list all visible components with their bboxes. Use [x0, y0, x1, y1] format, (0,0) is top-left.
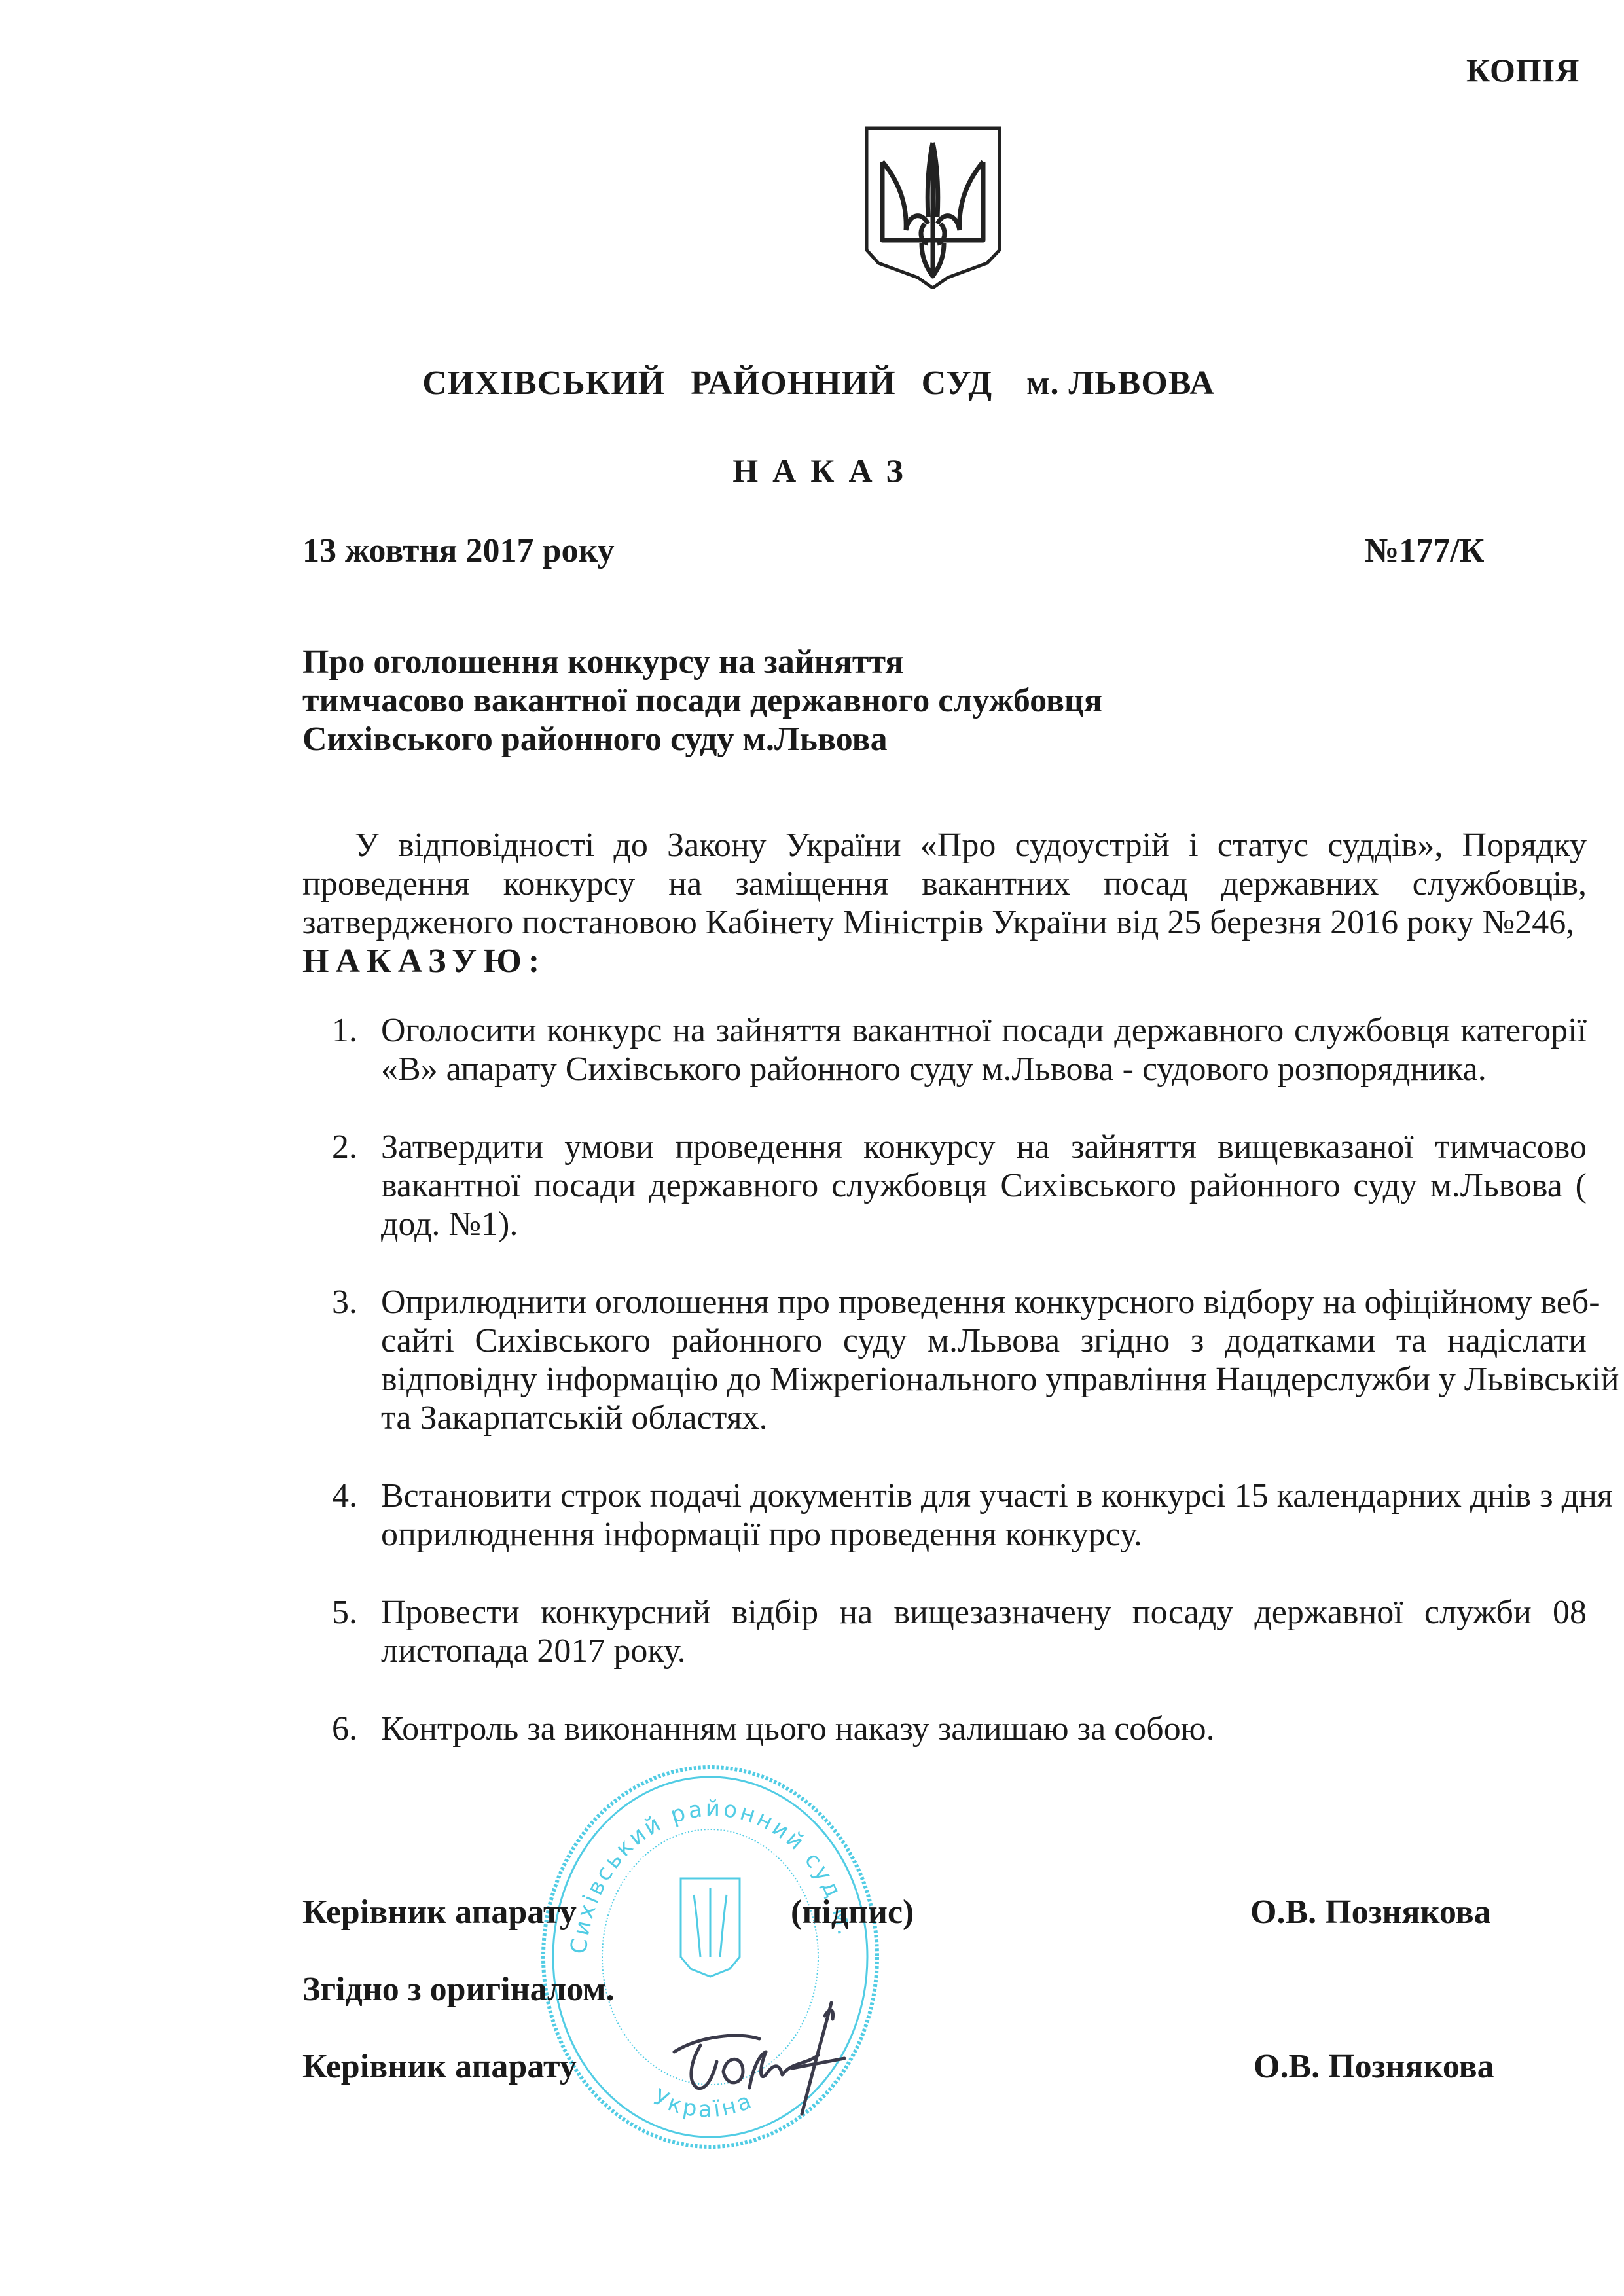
- item-line: відповідну інформацію до Міжрегіональног…: [381, 1360, 1587, 1399]
- subject-line: Про оголошення конкурсу на зайняття: [302, 643, 1102, 681]
- item-line: та Закарпатській областях.: [381, 1399, 1587, 1437]
- item-number: 4.: [332, 1477, 357, 1515]
- court-city: м. ЛЬВОВА: [1026, 365, 1215, 402]
- preamble-paragraph: У відповідності до Закону України «Про с…: [302, 826, 1587, 980]
- item-line: Оголосити конкурс на зайняття вакантної …: [381, 1011, 1587, 1050]
- list-item: 3. Оприлюднити оголошення про проведення…: [332, 1283, 1587, 1437]
- item-line: Затвердити умови проведення конкурсу на …: [381, 1128, 1587, 1166]
- signatory-name: О.В. Познякова: [1254, 2047, 1494, 2086]
- coat-of-arms-icon: [863, 126, 1003, 289]
- item-number: 6.: [332, 1710, 357, 1748]
- court-name: СИХІВСЬКИЙ РАЙОННИЙ СУД м. ЛЬВОВА: [0, 364, 1624, 403]
- subject-line: Сихівського районного суду м.Львова: [302, 720, 1102, 759]
- list-item: 4. Встановити строк подачі документів дл…: [332, 1477, 1587, 1554]
- signatory-name: О.В. Познякова: [1250, 1893, 1491, 1931]
- preamble-line: проведення конкурсу на заміщення вакантн…: [302, 865, 1587, 903]
- item-line: оприлюднення інформації про проведення к…: [381, 1515, 1587, 1554]
- subject-line: тимчасово вакантної посади державного сл…: [302, 681, 1102, 720]
- list-item: 2. Затвердити умови проведення конкурсу …: [332, 1128, 1587, 1244]
- list-item: 1. Оголосити конкурс на зайняття вакантн…: [332, 1011, 1587, 1088]
- order-number: №177/К: [1365, 531, 1484, 570]
- item-line: сайті Сихівського районного суду м.Львов…: [381, 1321, 1587, 1360]
- item-line: «В» апарату Сихівського районного суду м…: [381, 1050, 1587, 1088]
- order-directive-word: НАКАЗУЮ:: [302, 942, 1587, 980]
- item-line: листопада 2017 року.: [381, 1632, 1587, 1670]
- item-line: Контроль за виконанням цього наказу зали…: [381, 1710, 1587, 1748]
- list-item: 6. Контроль за виконанням цього наказу з…: [332, 1710, 1587, 1748]
- court-name-word: РАЙОННИЙ: [691, 365, 895, 402]
- item-number: 1.: [332, 1011, 357, 1050]
- preamble-line: затвердженого постановою Кабінету Мініст…: [302, 903, 1587, 942]
- handwritten-signature: [661, 1990, 871, 2121]
- signature-placeholder: (підпис): [791, 1893, 914, 1931]
- document-type-title: НАКАЗ: [0, 452, 1624, 490]
- court-name-word: СИХІВСЬКИЙ: [422, 365, 665, 402]
- item-line: вакантної посади державного службовця Си…: [381, 1166, 1587, 1205]
- signatory-position: Керівник апарату: [302, 1893, 577, 1931]
- item-line: дод. №1).: [381, 1205, 1587, 1244]
- court-name-word: СУД: [922, 365, 993, 402]
- item-number: 5.: [332, 1593, 357, 1632]
- item-line: Оприлюднити оголошення про проведення ко…: [381, 1283, 1587, 1321]
- preamble-line: У відповідності до Закону України «Про с…: [302, 826, 1587, 865]
- order-date: 13 жовтня 2017 року: [302, 531, 615, 570]
- item-number: 2.: [332, 1128, 357, 1166]
- item-number: 3.: [332, 1283, 357, 1321]
- item-line: Провести конкурсний відбір на вищезазнач…: [381, 1593, 1587, 1632]
- signatory-position: Керівник апарату: [302, 2047, 577, 2086]
- certification-note: Згідно з оригіналом.: [302, 1970, 615, 2009]
- order-subject: Про оголошення конкурсу на зайняття тимч…: [302, 643, 1102, 759]
- copy-mark: КОПІЯ: [1466, 51, 1579, 89]
- item-line: Встановити строк подачі документів для у…: [381, 1477, 1587, 1515]
- order-items-list: 1. Оголосити конкурс на зайняття вакантн…: [332, 1011, 1587, 1787]
- list-item: 5. Провести конкурсний відбір на вищезаз…: [332, 1593, 1587, 1670]
